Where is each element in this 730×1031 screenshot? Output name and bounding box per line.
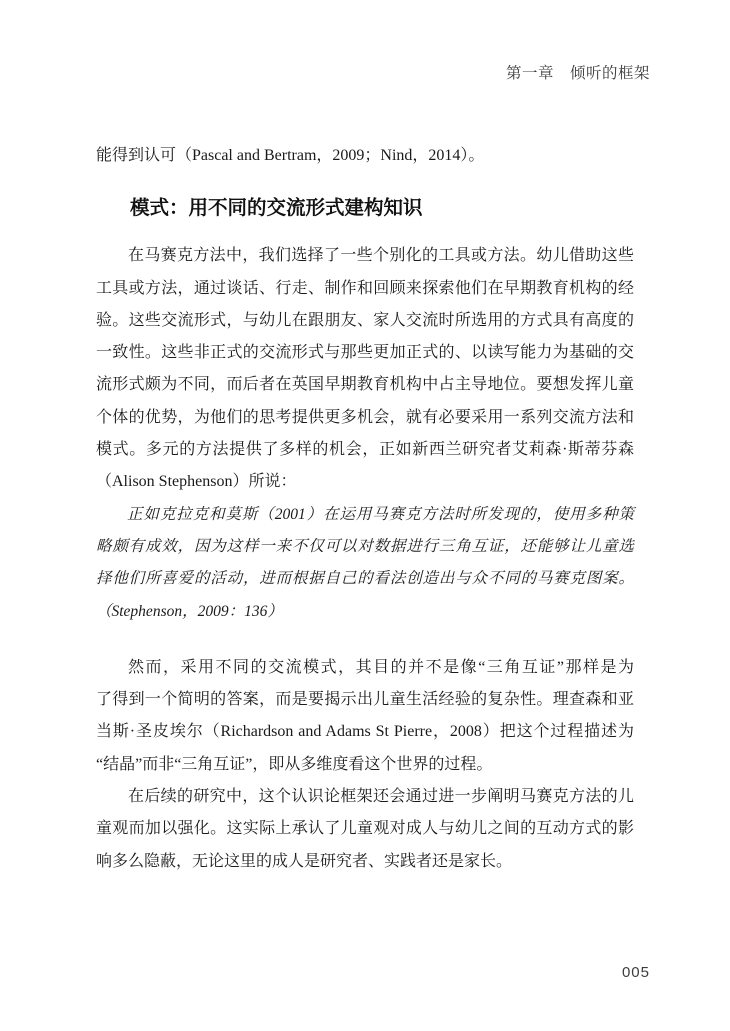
text-line: 一致性。这些非正式的交流形式与那些更加正式的、以读写能力为基础的交 — [96, 337, 634, 369]
paragraph-3: 在后续的研究中，这个认识论框架还会通过进一步阐明马赛克方法的儿童观而加以强化。这… — [96, 781, 634, 878]
text-line: 工具或方法，通过谈话、行走、制作和回顾来探索他们在早期教育机构的经 — [96, 273, 634, 305]
text-line: 模式。多元的方法提供了多样的机会，正如新西兰研究者艾莉森·斯蒂芬森 — [96, 434, 634, 466]
text-line: 在后续的研究中，这个认识论框架还会通过进一步阐明马赛克方法的儿 — [96, 781, 634, 813]
paragraph-2: 然而，采用不同的交流模式，其目的并不是像“三角互证”那样是为了得到一个简明的答案… — [96, 652, 634, 781]
running-head-chapter-title: 第一章 倾听的框架 — [506, 64, 650, 84]
text-line: 然而，采用不同的交流模式，其目的并不是像“三角互证”那样是为 — [96, 652, 634, 684]
text-line: 了得到一个简明的答案，而是要揭示出儿童生活经验的复杂性。理查森和亚 — [96, 684, 634, 716]
book-page: 第一章 倾听的框架 能得到认可（Pascal and Bertram，2009；… — [0, 0, 730, 1031]
paragraph-continuation: 能得到认可（Pascal and Bertram，2009；Nind，2014）… — [96, 140, 634, 172]
blockquote: 正如克拉克和莫斯（2001）在运用马赛克方法时所发现的，使用多种策略颇有成效，因… — [96, 499, 634, 628]
text-line: 能得到认可（Pascal and Bertram，2009；Nind，2014）… — [96, 140, 634, 172]
paragraph-1: 在马赛克方法中，我们选择了一些个别化的工具或方法。幼儿借助这些工具或方法，通过谈… — [96, 240, 634, 498]
text-line: 响多么隐蔽，无论这里的成人是研究者、实践者还是家长。 — [96, 846, 634, 878]
text-line: 个体的优势，为他们的思考提供更多机会，就有必要采用一系列交流方法和 — [96, 402, 634, 434]
text-line: （Stephenson，2009：136） — [96, 596, 634, 628]
section-heading: 模式：用不同的交流形式建构知识 — [96, 194, 634, 222]
text-line: 童观而加以强化。这实际上承认了儿童观对成人与幼儿之间的互动方式的影 — [96, 813, 634, 845]
text-line: 略颇有成效，因为这样一来不仅可以对数据进行三角互证，还能够让儿童选 — [96, 531, 634, 563]
text-line: 流形式颇为不同，而后者在英国早期教育机构中占主导地位。要想发挥儿童 — [96, 369, 634, 401]
text-line: 在马赛克方法中，我们选择了一些个别化的工具或方法。幼儿借助这些 — [96, 240, 634, 272]
text-line: 正如克拉克和莫斯（2001）在运用马赛克方法时所发现的，使用多种策 — [96, 499, 634, 531]
page-body: 能得到认可（Pascal and Bertram，2009；Nind，2014）… — [96, 140, 634, 878]
text-line: 择他们所喜爱的活动，进而根据自己的看法创造出与众不同的马赛克图案。 — [96, 563, 634, 595]
page-number: 005 — [622, 964, 650, 981]
text-line: （Alison Stephenson）所说： — [96, 466, 634, 498]
text-line: “结晶”而非“三角互证”，即从多维度看这个世界的过程。 — [96, 749, 634, 781]
text-line: 当斯·圣皮埃尔（Richardson and Adams St Pierre，2… — [96, 716, 634, 748]
text-line: 验。这些交流形式，与幼儿在跟朋友、家人交流时所选用的方式具有高度的 — [96, 305, 634, 337]
